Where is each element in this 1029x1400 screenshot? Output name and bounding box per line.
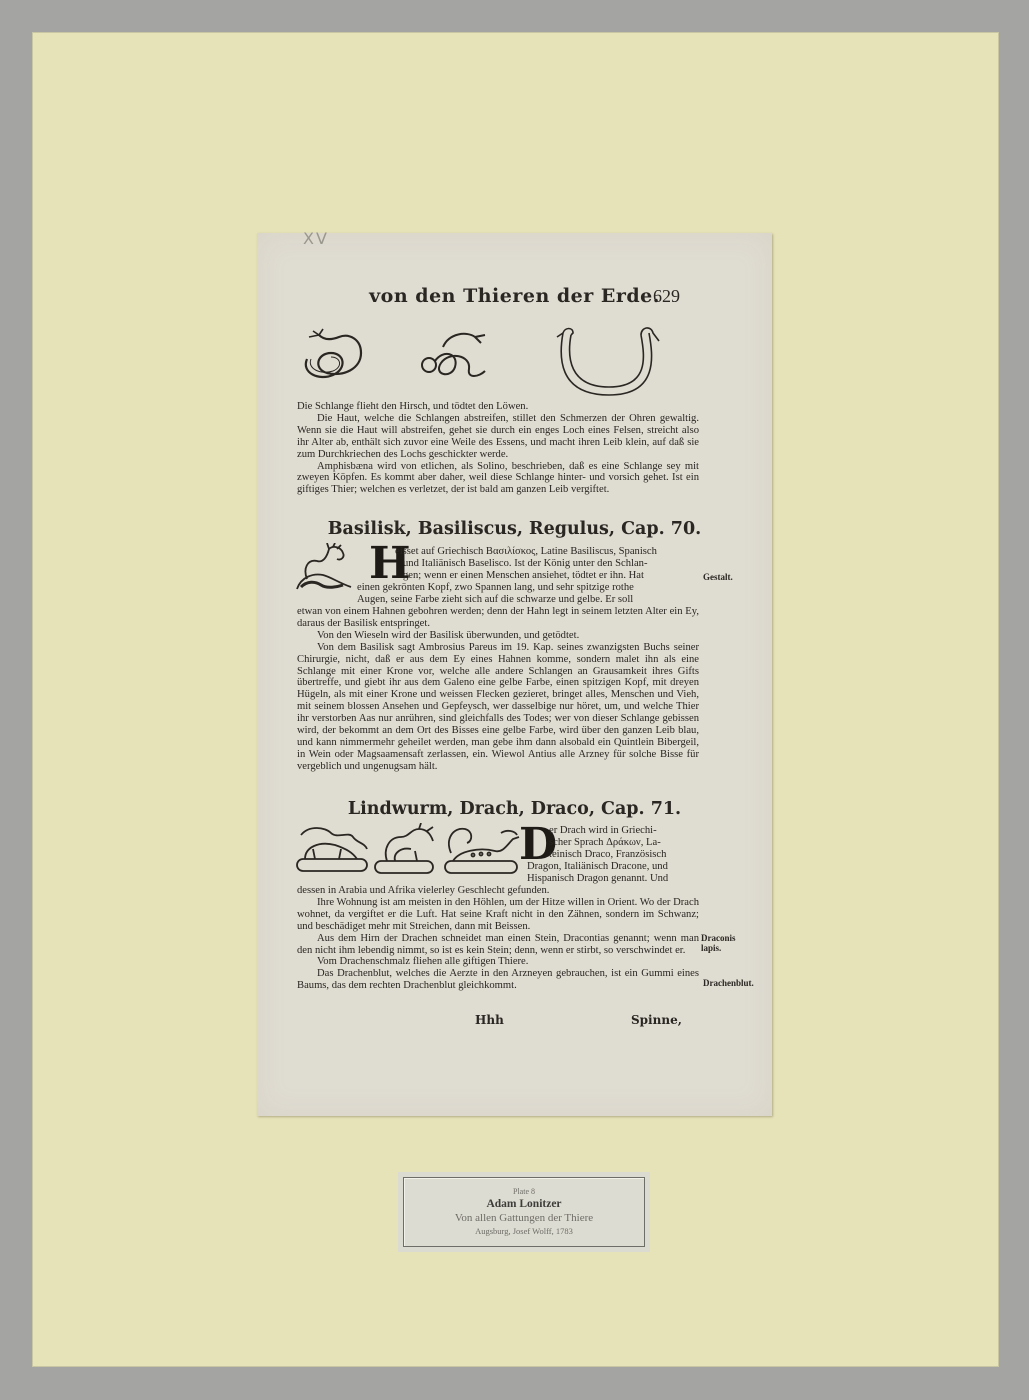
- paragraph: etwan von einem Hahnen gebohren werden; …: [297, 606, 699, 630]
- museum-label: Plate 8 Adam Lonitzer Von allen Gattunge…: [403, 1177, 645, 1247]
- chapter-71-heading: Lindwurm, Drach, Draco, Cap. 71.: [257, 799, 772, 819]
- paragraph: Amphisbæna wird von etlichen, als Solino…: [297, 461, 699, 497]
- paragraph: Vom Drachenschmalz fliehen alle giftigen…: [297, 956, 699, 968]
- snake-u-shaped-woodcut: [549, 325, 669, 399]
- paragraph: Ihre Wohnung ist am meisten in den Höhle…: [297, 897, 699, 933]
- chapter-71-opening-cont: Dragon, Italiänisch Dracone, und Hispani…: [527, 861, 699, 885]
- page-number: 629: [653, 286, 680, 307]
- text-line: Hispanisch Dragon genannt. Und: [527, 873, 699, 885]
- pencil-mark: XV: [303, 229, 329, 248]
- snake-coiled-woodcut: [299, 325, 369, 381]
- basilisk-woodcut: [293, 543, 355, 593]
- text-line: er Drach wird in Griechi-: [549, 825, 699, 837]
- paragraph: Die Haut, welche die Schlangen abstreife…: [297, 413, 699, 461]
- paragraph: Aus dem Hirn der Drachen schneidet man e…: [297, 933, 699, 957]
- chapter-71-text: dessen in Arabia und Afrika vielerley Ge…: [297, 885, 699, 992]
- paragraph: Die Schlange flieht den Hirsch, und tödt…: [297, 401, 699, 413]
- text-line: eisset auf Griechisch Βασιλίσκος, Latine…: [395, 546, 698, 558]
- paragraph: Von den Wieseln wird der Basilisk überwu…: [297, 630, 699, 642]
- margin-note-draconis: Draconis lapis.: [701, 933, 741, 953]
- paragraph: Von dem Basilisk sagt Ambrosius Pareus i…: [297, 642, 699, 773]
- text-line: scher Sprach Δράκων, La-: [549, 837, 699, 849]
- chapter-70-text: etwan von einem Hahnen gebohren werden; …: [297, 606, 699, 773]
- chapter-70-heading: Basilisk, Basiliscus, Regulus, Cap. 70.: [257, 519, 772, 539]
- text-line: Augen, seine Farbe zieht sich auf die sc…: [357, 594, 698, 606]
- signature-mark: Hhh: [475, 1013, 504, 1027]
- text-line: teinisch Draco, Französisch: [549, 849, 699, 861]
- intro-text: Die Schlange flieht den Hirsch, und tödt…: [297, 401, 699, 496]
- dragon-woodcut-3: [443, 823, 521, 875]
- book-page: XV von den Thieren der Erde. 629 Die Sch…: [257, 233, 772, 1116]
- plate-number: Plate 8: [404, 1187, 644, 1197]
- dragon-woodcut-2: [371, 823, 437, 875]
- paragraph: dessen in Arabia und Afrika vielerley Ge…: [297, 885, 699, 897]
- text-line: Dragon, Italiänisch Dracone, und: [527, 861, 699, 873]
- margin-note-drachenblut: Drachenblut.: [703, 978, 737, 988]
- label-publication: Augsburg, Josef Wolff, 1783: [404, 1225, 644, 1237]
- text-line: und Italiänisch Baselisco. Ist der König…: [395, 558, 698, 570]
- snake-knotted-woodcut: [419, 325, 491, 383]
- label-title: Von allen Gattungen der Thiere: [404, 1211, 644, 1225]
- dragon-woodcut-1: [295, 823, 369, 873]
- chapter-70-opening: eisset auf Griechisch Βασιλίσκος, Latine…: [395, 546, 698, 582]
- text-line: einen gekrönten Kopf, zwo Spannen lang, …: [357, 582, 698, 594]
- running-head: von den Thieren der Erde.: [257, 285, 772, 307]
- chapter-71-opening: er Drach wird in Griechi- scher Sprach Δ…: [549, 825, 699, 861]
- label-author: Adam Lonitzer: [404, 1197, 644, 1211]
- margin-note-gestalt: Gestalt.: [703, 572, 733, 582]
- paragraph: Das Drachenblut, welches die Aerzte in d…: [297, 968, 699, 992]
- chapter-70-opening-cont: einen gekrönten Kopf, zwo Spannen lang, …: [357, 582, 698, 606]
- catchword: Spinne,: [631, 1013, 682, 1027]
- text-line: gen; wenn er einen Menschen ansiehet, tö…: [395, 570, 698, 582]
